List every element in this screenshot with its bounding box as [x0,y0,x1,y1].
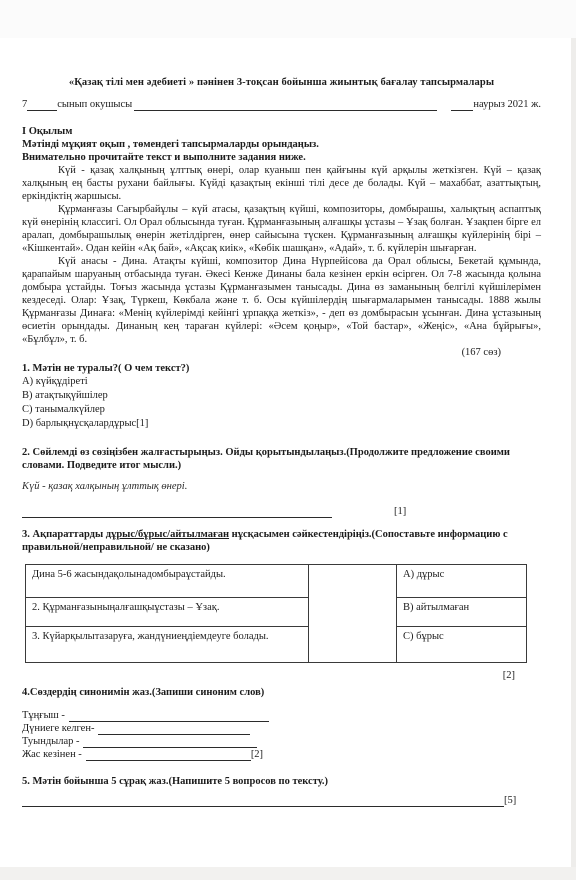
synonym-list: Тұңғыш - Дүниеге келген- Туындылар - Жас… [22,709,541,761]
scan-margin-bottom [0,867,576,880]
table-row: 3. Күйарқылытазаруға, жандүниеңдіемдеуге… [26,627,527,663]
score-badge: [5] [504,794,516,807]
answer-option-b: В) атақтықүйшілер [22,389,541,403]
fill-in-line [69,710,269,722]
section-title-reading: І Оқылым [22,125,541,138]
question-3-title-keywords: дұрыс/бұрыс/айтылмаған [106,529,229,540]
fill-in-line [98,723,250,735]
statement-cell: 3. Күйарқылытазаруға, жандүниеңдіемдеуге… [26,627,309,663]
question-5-title: 5. Мәтін бойынша 5 сұрақ жаз.(Напишите 5… [22,775,541,788]
question-2-answer-area: [1] [22,505,541,518]
synonym-label: Туындылар - [22,735,79,748]
instruction-kazakh: Мәтінді мұқият оқып , төмендегі тапсырма… [22,138,541,151]
answer-option-c: С) танымалкүйлер [22,403,541,417]
question-2-title: 2. Сөйлемді өз сөзіңізбен жалғастырыңыз.… [22,446,541,472]
synonym-item: Дүниеге келген- [22,722,541,735]
score-badge: [2] [251,748,263,761]
question-2-prompt: Күй - қазақ халқының ұлттық өнері. [22,480,541,493]
empty-answer-cell [309,565,397,663]
question-1: 1. Мәтін не туралы?( О чем текст?) А) кү… [22,362,541,431]
table-row: 2. Құрманғазыныңалғашқыұстазы – Ұзақ. В)… [26,598,527,627]
reading-paragraph: Күй - қазақ халқының ұлттық өнері, олар … [22,164,541,203]
table-row: Дина 5-6 жасындақолынадомбыраұстайды. А)… [26,565,527,598]
fill-in-line [83,736,257,748]
question-3: 3. Ақпараттарды дұрыс/бұрыс/айтылмаған н… [22,528,541,682]
question-5: 5. Мәтін бойынша 5 сұрақ жаз.(Напишите 5… [22,775,541,807]
synonym-label: Тұңғыш - [22,709,65,722]
answer-cell: С) бұрыс [397,627,527,663]
student-label: сынып окушысы [57,98,132,111]
question-1-title: 1. Мәтін не туралы?( О чем текст?) [22,362,541,375]
reading-paragraph: Күй анасы - Дина. Атақты күйші, композит… [22,255,541,346]
answer-cell: В) айтылмаған [397,598,527,627]
synonym-label: Дүниеге келген- [22,722,94,735]
date-fill-in-line [451,99,473,111]
question-4: 4.Сөздердің синонимін жаз.(Запиши синони… [22,686,541,761]
scanned-test-document: { "page": { "title": "«Қазақ тілі мен әд… [0,0,576,880]
answer-option-a: А) күйқұдіреті [22,375,541,389]
answer-cell: А) дұрыс [397,565,527,598]
fill-in-line [22,506,332,518]
question-3-title-prefix: 3. Ақпараттарды [22,529,106,540]
synonym-item: Жас кезінен - [2] [22,748,541,761]
fill-in-line [86,749,251,761]
instruction-russian: Внимательно прочитайте текст и выполните… [22,151,541,164]
student-info-line: 7 сынып окушысы наурыз 2021 ж. [22,98,541,111]
document-title: «Қазақ тілі мен әдебиеті » пәнінен 3-тоқ… [22,76,541,89]
synonym-item: Тұңғыш - [22,709,541,722]
question-3-title: 3. Ақпараттарды дұрыс/бұрыс/айтылмаған н… [22,528,541,554]
scan-margin-top [0,0,576,38]
fill-in-line [22,795,504,807]
question-4-title: 4.Сөздердің синонимін жаз.(Запиши синони… [22,686,541,699]
document-page: «Қазақ тілі мен әдебиеті » пәнінен 3-тоқ… [0,38,571,867]
student-name-fill-in-line [134,99,437,111]
word-count: (167 сөз) [22,346,541,359]
score-badge: [1] [394,505,406,518]
grade-fill-in-line [27,99,57,111]
statement-cell: Дина 5-6 жасындақолынадомбыраұстайды. [26,565,309,598]
statement-cell: 2. Құрманғазыныңалғашқыұстазы – Ұзақ. [26,598,309,627]
date-label: наурыз 2021 ж. [473,98,541,111]
synonym-item: Туындылар - [22,735,541,748]
matching-table: Дина 5-6 жасындақолынадомбыраұстайды. А)… [25,564,527,663]
reading-paragraph: Құрманғазы Сағырбайұлы – күй атасы, қаза… [22,203,541,255]
score-badge: [2] [22,669,541,682]
question-2: 2. Сөйлемді өз сөзіңізбен жалғастырыңыз.… [22,446,541,518]
synonym-label: Жас кезінен - [22,748,82,761]
question-5-answer-area: [5] [22,794,541,807]
answer-option-d: D) барлықнұсқалардұрыс[1] [22,417,541,431]
